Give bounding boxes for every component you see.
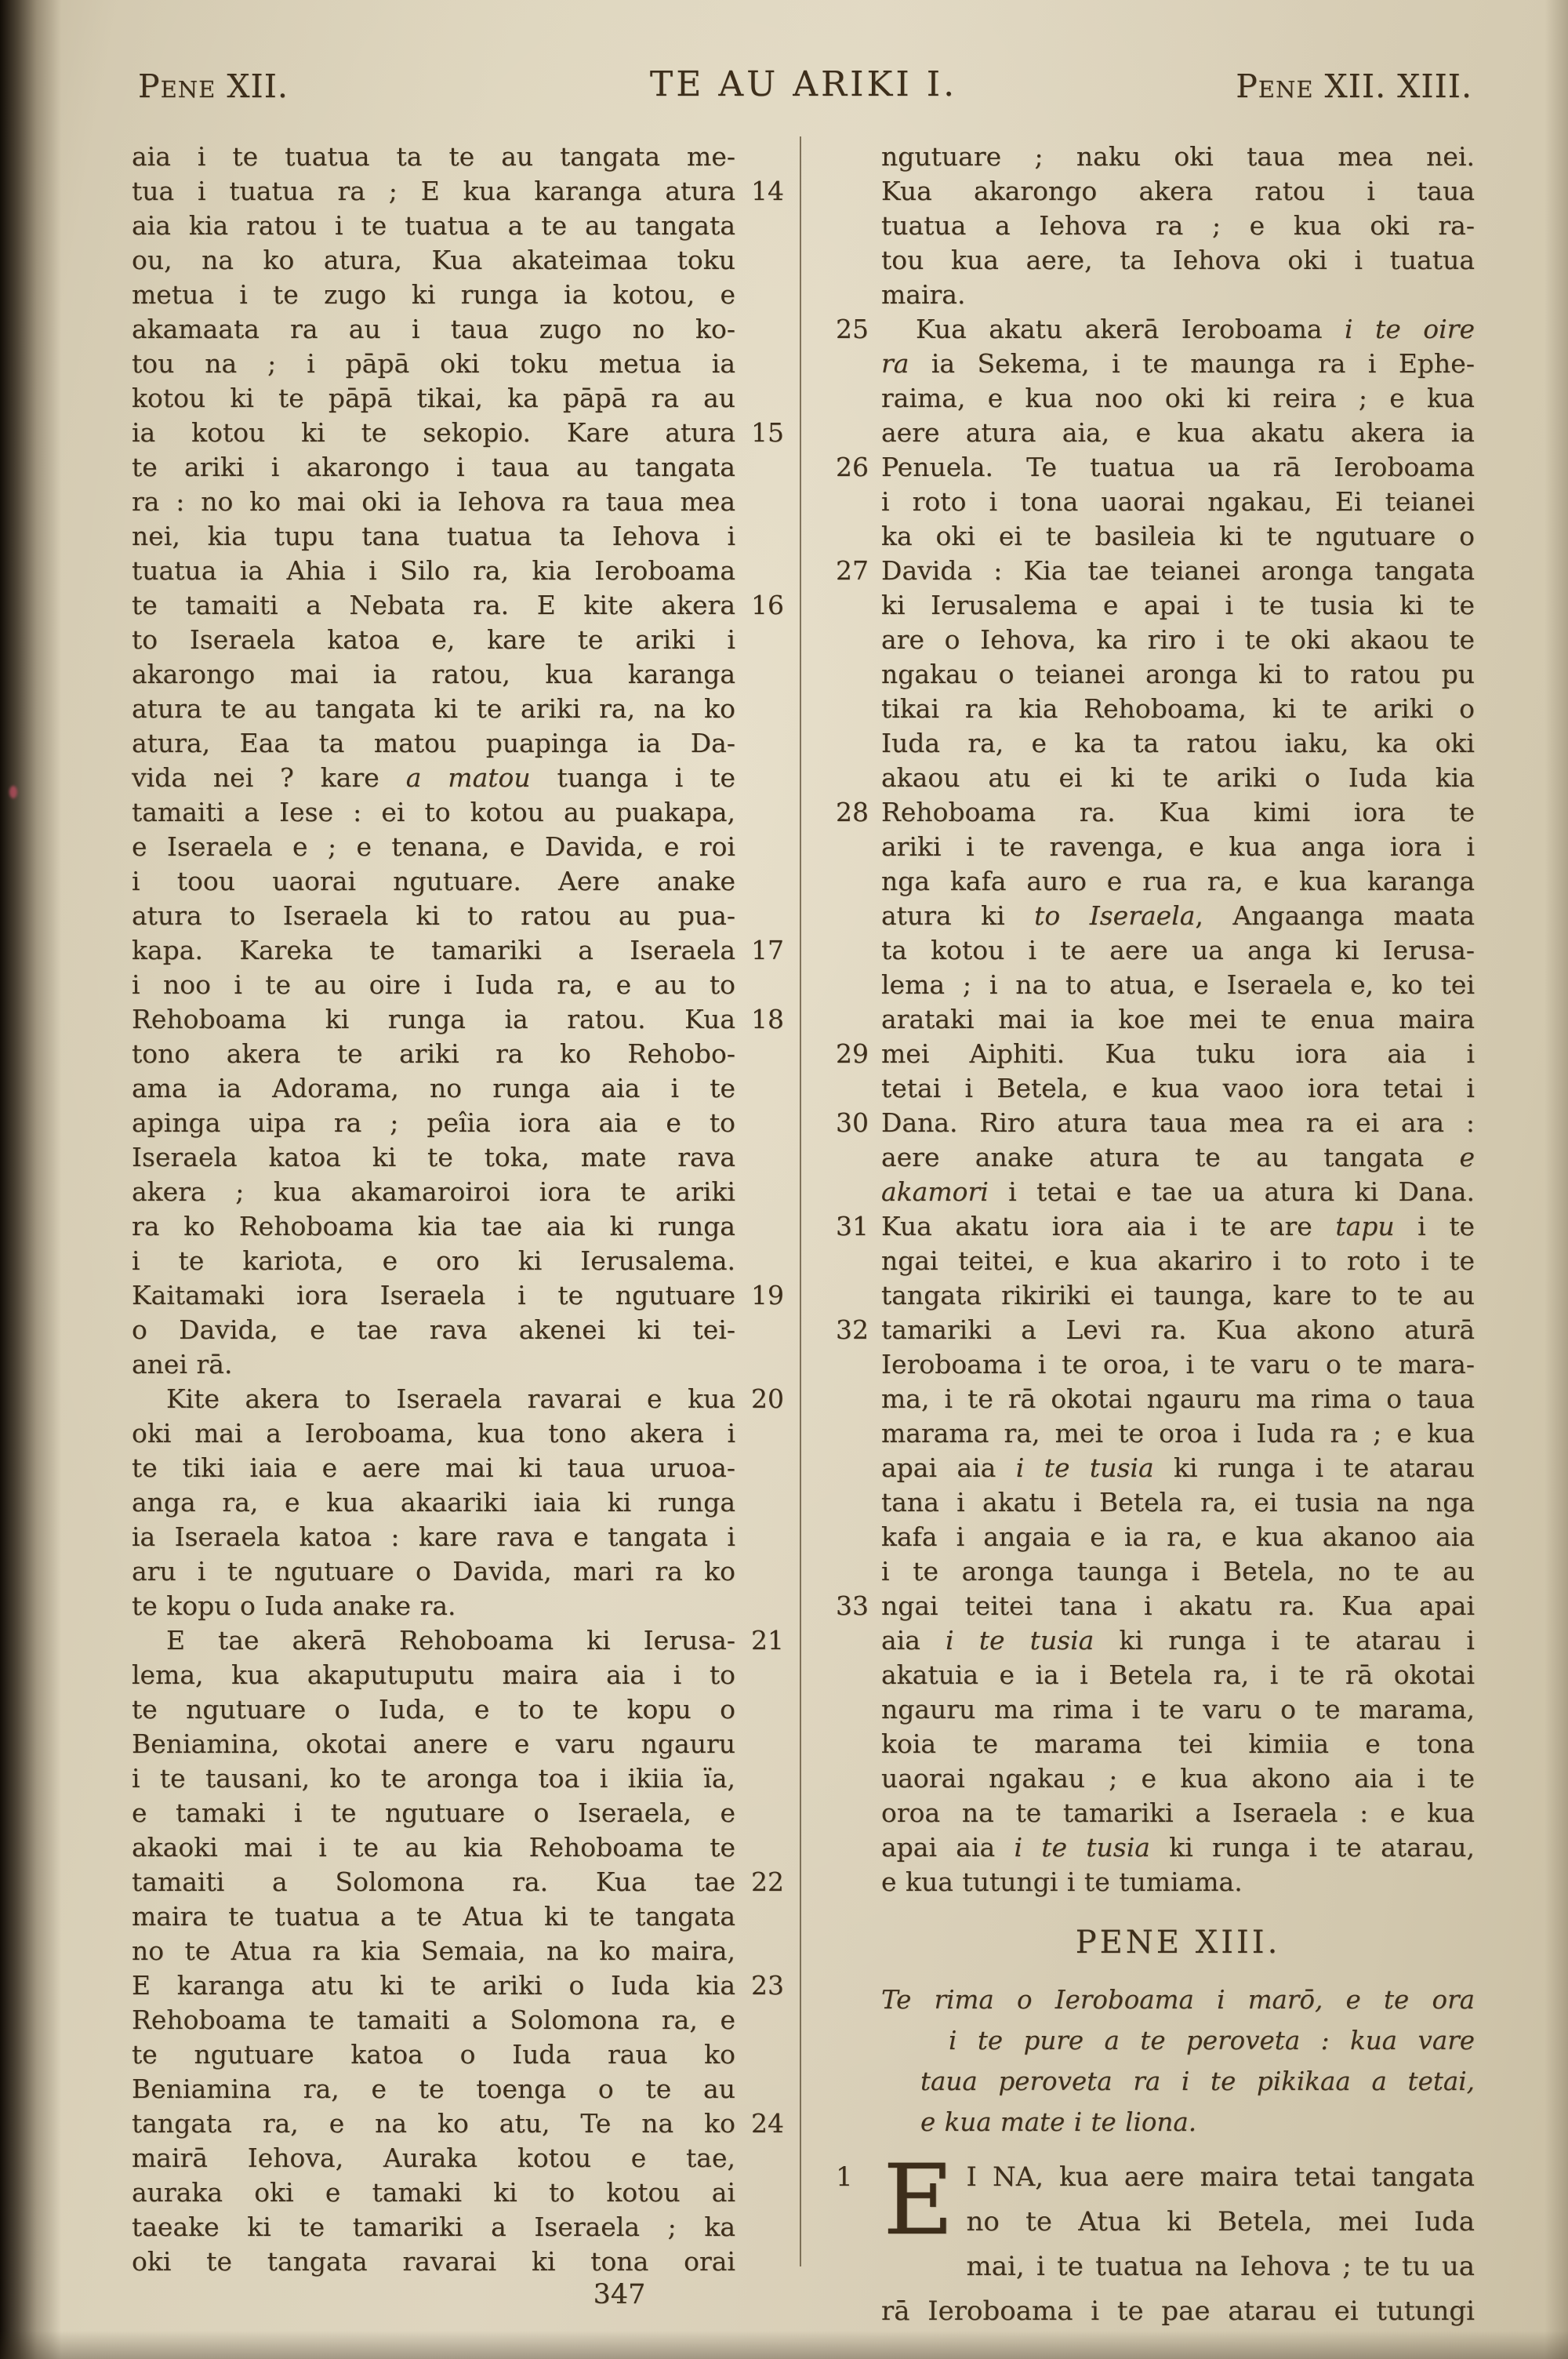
line-text: aia kia ratou i te tuatua a te au tangat… <box>132 210 735 241</box>
text-line: E karanga atu ki te ariki o Iuda kia23 <box>132 1968 735 2003</box>
line-text: auraka oki e tamaki ki to kotou ai <box>132 2177 735 2208</box>
text-line: akamori i tetai e tae ua atura ki Dana. <box>881 1175 1475 1209</box>
line-text: tamaiti a Solomona ra. Kua tae <box>132 1866 735 1897</box>
verse-number: 32 <box>836 1313 869 1347</box>
text-line: no te Atua ra kia Semaia, na ko maira, <box>132 1934 735 1968</box>
text-line: vida nei ? kare a matou tuanga i te <box>132 761 735 795</box>
line-text: akaou atu ei ki te ariki o Iuda kia <box>881 762 1475 793</box>
line-text: ra ia Sekema, i te maunga ra i Ephe- <box>881 348 1475 379</box>
line-text: te ariki i akarongo i taua au tangata <box>132 452 735 482</box>
text-line: tetai i Betela, e kua vaoo iora tetai i <box>881 1071 1475 1106</box>
line-text: atura, Eaa ta matou puapinga ia Da- <box>132 728 735 758</box>
text-line: te ngutuare katoa o Iuda raua ko <box>132 2037 735 2072</box>
line-text: uaorai ngakau ; e kua akono aia i te <box>881 1763 1475 1794</box>
line-text: kapa. Kareka te tamariki a Iseraela <box>132 935 735 965</box>
line-text: i toou uaorai ngutuare. Aere anake <box>132 866 735 896</box>
text-line: aia i te tuatua ta te au tangata me- <box>132 140 735 174</box>
text-line: akera ; kua akamaroiroi iora te ariki <box>132 1175 735 1209</box>
text-line: aia i te tusia ki runga i te atarau i <box>881 1623 1475 1658</box>
line-text: ia Iseraela katoa : kare rava e tangata … <box>132 1521 735 1552</box>
text-line: apai aia i te tusia ki runga i te atarau <box>881 1451 1475 1485</box>
text-line: Rehoboama ki runga ia ratou. Kua18 <box>132 1002 735 1037</box>
text-line: Beniamina, okotai anere e varu ngauru <box>132 1727 735 1761</box>
line-text: Penuela. Te tuatua ua rā Ieroboama <box>881 452 1475 482</box>
line-text: lema, kua akaputuputu maira aia i to <box>132 1659 735 1690</box>
text-line: Iseraela katoa ki te toka, mate rava <box>132 1140 735 1175</box>
line-text: aia i te tusia ki runga i te atarau i <box>881 1625 1475 1656</box>
line-text: e Iseraela e ; e tenana, e Davida, e roi <box>132 831 735 862</box>
text-line: apinga uipa ra ; peîia iora aia e to <box>132 1106 735 1140</box>
line-text: no te Atua ra kia Semaia, na ko maira, <box>132 1936 735 1966</box>
text-line: arataki mai ia koe mei te enua maira <box>881 1002 1475 1037</box>
line-text: ngauru ma rima i te varu o te marama, <box>881 1694 1475 1725</box>
line-text: taua peroveta ra i te pikikaa a tetai, <box>920 2066 1475 2096</box>
text-line: raima, e kua noo oki ki reira ; e kua <box>881 381 1475 416</box>
line-text: tikai ra kia Rehoboama, ki te ariki o <box>881 693 1475 724</box>
text-line: te kopu o Iuda anake ra. <box>132 1589 735 1623</box>
text-line: ia kotou ki te sekopio. Kare atura15 <box>132 416 735 450</box>
line-text: nga kafa auro e rua ra, e kua karanga <box>881 866 1475 896</box>
line-text: aru i te ngutuare o Davida, mari ra ko <box>132 1556 735 1587</box>
text-line: ra : no ko mai oki ia Iehova ra taua mea <box>132 485 735 519</box>
text-line: maira te tuatua a te Atua ki te tangata <box>132 1899 735 1934</box>
line-text: E karanga atu ki te ariki o Iuda kia <box>132 1970 735 2001</box>
line-text: i te pure a te peroveta : kua vare <box>949 2026 1475 2055</box>
line-text: maira. <box>881 279 965 310</box>
verse-number: 31 <box>836 1209 869 1244</box>
text-line: ka oki ei te basileia ki te ngutuare o <box>881 519 1475 554</box>
text-line: Ieroboama i te oroa, i te varu o te mara… <box>881 1347 1475 1382</box>
text-line: lema, kua akaputuputu maira aia i to <box>132 1658 735 1692</box>
right-column-lines: ngutuare ; naku oki taua mea nei.Kua aka… <box>881 140 1475 1899</box>
line-text: atura to Iseraela ki to ratou au pua- <box>132 900 735 931</box>
line-text: aia i te tuatua ta te au tangata me- <box>132 141 735 172</box>
line-text: e kua mate i te liona. <box>920 2107 1196 2137</box>
text-line: maira. <box>881 278 1475 312</box>
text-line: kafa i angaia e ia ra, e kua akanoo aia <box>881 1520 1475 1554</box>
page-edge-red-mark <box>9 786 17 798</box>
line-text: akamaata ra au i taua zugo no ko- <box>132 314 735 344</box>
text-line: e Iseraela e ; e tenana, e Davida, e roi <box>132 830 735 864</box>
text-line: tamariki a Levi ra. Kua akono aturā32 <box>881 1313 1475 1347</box>
text-line: tana i akatu i Betela ra, ei tusia na ng… <box>881 1485 1475 1520</box>
line-text: raima, e kua noo oki ki reira ; e kua <box>881 383 1475 413</box>
line-text: are o Iehova, ka riro i te oki akaou te <box>881 624 1475 655</box>
verse-number: 20 <box>751 1382 784 1416</box>
text-line: tou na ; i pāpā oki toku metua ia <box>132 347 735 381</box>
line-text: ngakau o teianei aronga ki to ratou pu <box>881 659 1475 689</box>
line-text: i te kariota, e oro ki Ierusalema. <box>132 1245 735 1276</box>
text-line: i toou uaorai ngutuare. Aere anake <box>132 864 735 899</box>
text-line: tua i tuatua ra ; E kua karanga atura14 <box>132 174 735 209</box>
text-line: ra ia Sekema, i te maunga ra i Ephe- <box>881 347 1475 381</box>
text-line: ngai teitei tana i akatu ra. Kua apai33 <box>881 1589 1475 1623</box>
line-text: Te rima o Ieroboama i marō, e te ora <box>881 1985 1475 2015</box>
line-text: oki mai a Ieroboama, kua tono akera i <box>132 1418 735 1448</box>
line-text: ngutuare ; naku oki taua mea nei. <box>881 141 1475 172</box>
running-head-right: Pene XII. XIII. <box>1236 67 1472 105</box>
text-line: ngai teitei, e kua akariro i to roto i t… <box>881 1244 1475 1278</box>
text-line: Iuda ra, e ka ta ratou iaku, ka oki <box>881 726 1475 761</box>
text-line: E tae akerā Rehoboama ki Ierusa-21 <box>132 1623 735 1658</box>
line-text: e kua tutungi i te tumiama. <box>881 1866 1243 1897</box>
line-text: tuatua ia Ahia i Silo ra, kia Ieroboama <box>132 555 735 586</box>
line-text: ra : no ko mai oki ia Iehova ra taua mea <box>132 486 735 517</box>
line-text: apinga uipa ra ; peîia iora aia e to <box>132 1107 735 1138</box>
line-text: tua i tuatua ra ; E kua karanga atura <box>132 176 735 206</box>
text-line: nei, kia tupu tana tuatua ta Iehova i <box>132 519 735 554</box>
line-text: mai, i te tuatua na Iehova ; te tu ua <box>967 2251 1475 2282</box>
text-line: rā Ieroboama i te pae atarau ei tutungi <box>881 2289 1475 2334</box>
line-text: te tamaiti a Nebata ra. E kite akera <box>132 590 735 620</box>
line-text: tangata rikiriki ei taunga, kare to te a… <box>881 1280 1475 1310</box>
line-text: Beniamina, okotai anere e varu ngauru <box>132 1728 735 1759</box>
text-line: atura to Iseraela ki to ratou au pua- <box>132 899 735 933</box>
line-text: tou na ; i pāpā oki toku metua ia <box>132 348 735 379</box>
text-line: tono akera te ariki ra ko Rehobo- <box>132 1037 735 1071</box>
text-line: Kua akatu akerā Ieroboama i te oire25 <box>881 312 1475 347</box>
text-line: e tamaki i te ngutuare o Iseraela, e <box>132 1796 735 1830</box>
text-line: tangata rikiriki ei taunga, kare to te a… <box>881 1278 1475 1313</box>
verse-number: 30 <box>836 1106 869 1140</box>
line-text: akamori i tetai e tae ua atura ki Dana. <box>881 1176 1475 1207</box>
line-text: tana i akatu i Betela ra, ei tusia na ng… <box>881 1487 1475 1518</box>
line-text: ou, na ko atura, Kua akateimaa toku <box>132 245 735 275</box>
line-text: marama ra, mei te oroa i Iuda ra ; e kua <box>881 1418 1475 1448</box>
line-text: i te aronga taunga i Betela, no te au <box>881 1556 1475 1587</box>
line-text: ariki i te ravenga, e kua anga iora i <box>881 831 1475 862</box>
line-text: akarongo mai ia ratou, kua karanga <box>132 659 735 689</box>
line-text: i roto i tona uaorai ngakau, Ei teianei <box>881 486 1475 517</box>
text-line: Davida : Kia tae teianei aronga tangata2… <box>881 554 1475 588</box>
text-line: taua peroveta ra i te pikikaa a tetai, <box>920 2061 1475 2102</box>
text-line: oki te tangata ravarai ki tona orai <box>132 2245 735 2279</box>
line-text: apai aia i te tusia ki runga i te atarau… <box>881 1832 1475 1863</box>
text-line: atura te au tangata ki te ariki ra, na k… <box>132 692 735 726</box>
line-text: apai aia i te tusia ki runga i te atarau <box>881 1452 1475 1483</box>
line-text: te tiki iaia e aere mai ki taua uruoa- <box>132 1452 735 1483</box>
text-line: tou kua aere, ta Iehova oki i tuatua <box>881 243 1475 278</box>
line-text: Kua akatu iora aia i te are tapu i te <box>881 1211 1475 1241</box>
text-line: e kua mate i te liona. <box>920 2102 1475 2143</box>
line-text: Ieroboama i te oroa, i te varu o te mara… <box>881 1349 1475 1379</box>
text-line: mei Aiphiti. Kua tuku iora aia i29 <box>881 1037 1475 1071</box>
text-line: are o Iehova, ka riro i te oki akaou te <box>881 623 1475 657</box>
text-line: koia te marama tei kimiia e tona <box>881 1727 1475 1761</box>
text-line: e kua tutungi i te tumiama. <box>881 1865 1475 1899</box>
line-text: Iseraela katoa ki te toka, mate rava <box>132 1142 735 1172</box>
text-line: marama ra, mei te oroa i Iuda ra ; e kua <box>881 1416 1475 1451</box>
text-line: I NA, kua aere maira tetai tangata <box>881 2155 1475 2200</box>
text-line: te tamaiti a Nebata ra. E kite akera16 <box>132 588 735 623</box>
column-divider-rule <box>800 136 801 2266</box>
line-text: I NA, kua aere maira tetai tangata <box>967 2161 1475 2193</box>
verse-number: 22 <box>751 1865 784 1899</box>
text-line: auraka oki e tamaki ki to kotou ai <box>132 2175 735 2210</box>
line-text: tuatua a Iehova ra ; e kua oki ra- <box>881 210 1475 241</box>
line-text: tamariki a Levi ra. Kua akono aturā <box>881 1314 1475 1345</box>
line-text: nei, kia tupu tana tuatua ta Iehova i <box>132 521 735 551</box>
line-text: Rehoboama te tamaiti a Solomona ra, e <box>132 2005 735 2035</box>
text-line: Rehoboama te tamaiti a Solomona ra, e <box>132 2003 735 2037</box>
verse-number: 27 <box>836 554 869 588</box>
text-line: tangata ra, e na ko atu, Te na ko24 <box>132 2106 735 2141</box>
line-text: Kua akatu akerā Ieroboama i te oire <box>916 314 1475 344</box>
text-line: aere atura aia, e kua akatu akera ia <box>881 416 1475 450</box>
text-line: kapa. Kareka te tamariki a Iseraela17 <box>132 933 735 968</box>
line-text: maira te tuatua a te Atua ki te tangata <box>132 1901 735 1932</box>
line-text: ngai teitei, e kua akariro i to roto i t… <box>881 1245 1475 1276</box>
text-line: Kua akatu iora aia i te are tapu i te31 <box>881 1209 1475 1244</box>
line-text: tangata ra, e na ko atu, Te na ko <box>132 2108 735 2139</box>
text-line: te ngutuare o Iuda, e to te kopu o <box>132 1692 735 1727</box>
line-text: te ngutuare katoa o Iuda raua ko <box>132 2039 735 2070</box>
line-text: Kite akera to Iseraela ravarai e kua <box>166 1383 735 1414</box>
text-line: te ariki i akarongo i taua au tangata <box>132 450 735 485</box>
text-line: mai, i te tuatua na Iehova ; te tu ua <box>881 2245 1475 2289</box>
line-text: aere atura aia, e kua akatu akera ia <box>881 417 1475 448</box>
line-text: ta kotou i te aere ua anga ki Ierusa- <box>881 935 1475 965</box>
line-text: Iuda ra, e ka ta ratou iaku, ka oki <box>881 728 1475 758</box>
page-bottom-shadow <box>0 2331 1568 2359</box>
text-line: oki mai a Ieroboama, kua tono akera i <box>132 1416 735 1451</box>
text-line: i te kariota, e oro ki Ierusalema. <box>132 1244 735 1278</box>
text-line: akaoki mai i te au kia Rehoboama te <box>132 1830 735 1865</box>
text-line: akarongo mai ia ratou, kua karanga <box>132 657 735 692</box>
line-text: metua i te zugo ki runga ia kotou, e <box>132 279 735 310</box>
line-text: tou kua aere, ta Iehova oki i tuatua <box>881 245 1475 275</box>
line-text: Kua akarongo akera ratou i taua <box>881 176 1475 206</box>
line-text: i noo i te au oire i Iuda ra, e au to <box>132 969 735 1000</box>
line-text: anei rā. <box>132 1349 232 1379</box>
text-line: Dana. Riro atura taua mea ra ei ara :30 <box>881 1106 1475 1140</box>
verse-number: 18 <box>751 1002 784 1037</box>
line-text: e tamaki i te ngutuare o Iseraela, e <box>132 1797 735 1828</box>
line-text: taeake ki te tamariki a Iseraela ; ka <box>132 2212 735 2242</box>
line-text: no te Atua ki Betela, mei Iuda <box>967 2206 1475 2237</box>
verse-number: 23 <box>751 1968 784 2003</box>
text-line: tamaiti a Solomona ra. Kua tae22 <box>132 1865 735 1899</box>
text-line: ngutuare ; naku oki taua mea nei. <box>881 140 1475 174</box>
text-line: ou, na ko atura, Kua akateimaa toku <box>132 243 735 278</box>
verse-number: 26 <box>836 450 869 485</box>
text-line: atura, Eaa ta matou puapinga ia Da- <box>132 726 735 761</box>
book-gutter-shadow <box>0 0 61 2359</box>
text-line: aru i te ngutuare o Davida, mari ra ko <box>132 1554 735 1589</box>
text-line: ngauru ma rima i te varu o te marama, <box>881 1692 1475 1727</box>
line-text: oroa na te tamariki a Iseraela : e kua <box>881 1797 1475 1828</box>
text-line: tamaiti a Iese : ei to kotou au puakapa, <box>132 795 735 830</box>
line-text: te ngutuare o Iuda, e to te kopu o <box>132 1694 735 1725</box>
text-line: i te aronga taunga i Betela, no te au <box>881 1554 1475 1589</box>
line-text: kafa i angaia e ia ra, e kua akanoo aia <box>881 1521 1475 1552</box>
text-line: Penuela. Te tuatua ua rā Ieroboama26 <box>881 450 1475 485</box>
text-line: akatuia e ia i Betela ra, i te rā okotai <box>881 1658 1475 1692</box>
line-text: oki te tangata ravarai ki tona orai <box>132 2246 735 2277</box>
line-text: ia kotou ki te sekopio. Kare atura <box>132 417 735 448</box>
verse-number: 19 <box>751 1278 784 1313</box>
text-line: ngakau o teianei aronga ki to ratou pu <box>881 657 1475 692</box>
verse-number: 15 <box>751 416 784 450</box>
line-text: mairā Iehova, Auraka kotou e tae, <box>132 2143 735 2173</box>
line-text: i te tausani, ko te aronga toa i ikiia ï… <box>132 1763 735 1794</box>
text-line: mairā Iehova, Auraka kotou e tae, <box>132 2141 735 2175</box>
page-number: 347 <box>549 2279 690 2310</box>
line-text: E tae akerā Rehoboama ki Ierusa- <box>166 1625 735 1656</box>
line-text: atura ki to Iseraela, Angaanga maata <box>881 900 1475 931</box>
text-line: anei rā. <box>132 1347 735 1382</box>
text-line: atura ki to Iseraela, Angaanga maata <box>881 899 1475 933</box>
text-line: oroa na te tamariki a Iseraela : e kua <box>881 1796 1475 1830</box>
line-text: ka oki ei te basileia ki te ngutuare o <box>881 521 1475 551</box>
line-text: koia te marama tei kimiia e tona <box>881 1728 1475 1759</box>
text-line: aere anake atura te au tangata e <box>881 1140 1475 1175</box>
line-text: akera ; kua akamaroiroi iora te ariki <box>132 1176 735 1207</box>
chapter-heading: PENE XIII. <box>881 1921 1475 1964</box>
verse-number: 28 <box>836 795 869 830</box>
line-text: mei Aiphiti. Kua tuku iora aia i <box>881 1038 1475 1069</box>
left-column-lines: aia i te tuatua ta te au tangata me-tua … <box>132 140 735 2279</box>
line-text: vida nei ? kare a matou tuanga i te <box>132 762 735 793</box>
line-text: te kopu o Iuda anake ra. <box>132 1590 456 1621</box>
verse1-paragraph: 1 E I NA, kua aere maira tetai tangatano… <box>881 2155 1475 2334</box>
line-text: arataki mai ia koe mei te enua maira <box>881 1004 1475 1034</box>
text-line: o Davida, e tae rava akenei ki tei- <box>132 1313 735 1347</box>
line-text: tono akera te ariki ra ko Rehobo- <box>132 1038 735 1069</box>
line-text: Davida : Kia tae teianei aronga tangata <box>881 555 1475 586</box>
text-line: ta kotou i te aere ua anga ki Ierusa- <box>881 933 1475 968</box>
running-head-title: TE AU ARIKI I. <box>650 64 957 104</box>
verse-number: 1 <box>836 2161 853 2193</box>
text-line: no te Atua ki Betela, mei Iuda <box>881 2200 1475 2245</box>
line-text: Rehoboama ra. Kua kimi iora te <box>881 797 1475 827</box>
text-line: Kaitamaki iora Iseraela i te ngutuare19 <box>132 1278 735 1313</box>
text-line: uaorai ngakau ; e kua akono aia i te <box>881 1761 1475 1796</box>
line-text: akaoki mai i te au kia Rehoboama te <box>132 1832 735 1863</box>
line-text: tamaiti a Iese : ei to kotou au puakapa, <box>132 797 735 827</box>
text-line: kotou ki te pāpā tikai, ka pāpā ra au <box>132 381 735 416</box>
text-line: anga ra, e kua akaariki iaia ki runga <box>132 1485 735 1520</box>
verse-number: 14 <box>751 174 784 209</box>
verse-number: 16 <box>751 588 784 623</box>
text-line: tuatua a Iehova ra ; e kua oki ra- <box>881 209 1475 243</box>
text-line: tuatua ia Ahia i Silo ra, kia Ieroboama <box>132 554 735 588</box>
text-line: akamaata ra au i taua zugo no ko- <box>132 312 735 347</box>
text-line: aia kia ratou i te tuatua a te au tangat… <box>132 209 735 243</box>
verse-number: 24 <box>751 2106 784 2141</box>
text-line: lema ; i na to atua, e Iseraela e, ko te… <box>881 968 1475 1002</box>
line-text: o Davida, e tae rava akenei ki tei- <box>132 1314 735 1345</box>
text-line: apai aia i te tusia ki runga i te atarau… <box>881 1830 1475 1865</box>
text-line: te tiki iaia e aere mai ki taua uruoa- <box>132 1451 735 1485</box>
text-line: ariki i te ravenga, e kua anga iora i <box>881 830 1475 864</box>
text-line: nga kafa auro e rua ra, e kua karanga <box>881 864 1475 899</box>
left-column: aia i te tuatua ta te au tangata me-tua … <box>132 140 735 2279</box>
line-text: aere anake atura te au tangata e <box>881 1142 1475 1172</box>
text-line: taeake ki te tamariki a Iseraela ; ka <box>132 2210 735 2245</box>
verse-number: 17 <box>751 933 784 968</box>
text-line: ama ia Adorama, no runga aia i te <box>132 1071 735 1106</box>
page-edge-shadow <box>1544 0 1568 2359</box>
line-text: ngai teitei tana i akatu ra. Kua apai <box>881 1590 1475 1621</box>
verse-number: 33 <box>836 1589 869 1623</box>
text-line: tikai ra kia Rehoboama, ki te ariki o <box>881 692 1475 726</box>
text-line: Kua akarongo akera ratou i taua <box>881 174 1475 209</box>
text-line: i roto i tona uaorai ngakau, Ei teianei <box>881 485 1475 519</box>
right-column: ngutuare ; naku oki taua mea nei.Kua aka… <box>881 140 1475 2334</box>
running-head-left: Pene XII. <box>138 67 289 105</box>
line-text: ama ia Adorama, no runga aia i te <box>132 1073 735 1103</box>
text-line: Kite akera to Iseraela ravarai e kua20 <box>132 1382 735 1416</box>
verse-number: 21 <box>751 1623 784 1658</box>
line-text: Rehoboama ki runga ia ratou. Kua <box>132 1004 735 1034</box>
text-line: Beniamina ra, e te toenga o te au <box>132 2072 735 2106</box>
line-text: rā Ieroboama i te pae atarau ei tutungi <box>881 2295 1475 2327</box>
line-text: lema ; i na to atua, e Iseraela e, ko te… <box>881 969 1475 1000</box>
text-line: to Iseraela katoa e, kare te ariki i <box>132 623 735 657</box>
line-text: Beniamina ra, e te toenga o te au <box>132 2074 735 2104</box>
text-line: i te pure a te peroveta : kua vare <box>949 2020 1475 2061</box>
text-line: Rehoboama ra. Kua kimi iora te28 <box>881 795 1475 830</box>
text-line: ra ko Rehoboama kia tae aia ki runga <box>132 1209 735 1244</box>
text-line: i noo i te au oire i Iuda ra, e au to <box>132 968 735 1002</box>
chapter-summary: Te rima o Ieroboama i marō, e te orai te… <box>881 1979 1475 2143</box>
text-line: Te rima o Ieroboama i marō, e te ora <box>881 1979 1475 2020</box>
text-line: ki Ierusalema e apai i te tusia ki te <box>881 588 1475 623</box>
text-line: metua i te zugo ki runga ia kotou, e <box>132 278 735 312</box>
line-text: ma, i te rā okotai ngauru ma rima o taua <box>881 1383 1475 1414</box>
line-text: atura te au tangata ki te ariki ra, na k… <box>132 693 735 724</box>
line-text: kotou ki te pāpā tikai, ka pāpā ra au <box>132 383 735 413</box>
line-text: tetai i Betela, e kua vaoo iora tetai i <box>881 1073 1475 1103</box>
verse-number: 25 <box>836 312 869 347</box>
line-text: ra ko Rehoboama kia tae aia ki runga <box>132 1211 735 1241</box>
line-text: to Iseraela katoa e, kare te ariki i <box>132 624 735 655</box>
text-line: i te tausani, ko te aronga toa i ikiia ï… <box>132 1761 735 1796</box>
line-text: ki Ierusalema e apai i te tusia ki te <box>881 590 1475 620</box>
line-text: Dana. Riro atura taua mea ra ei ara : <box>881 1107 1475 1138</box>
line-text: anga ra, e kua akaariki iaia ki runga <box>132 1487 735 1518</box>
line-text: Kaitamaki iora Iseraela i te ngutuare <box>132 1280 735 1310</box>
text-line: ia Iseraela katoa : kare rava e tangata … <box>132 1520 735 1554</box>
text-line: ma, i te rā okotai ngauru ma rima o taua <box>881 1382 1475 1416</box>
text-line: akaou atu ei ki te ariki o Iuda kia <box>881 761 1475 795</box>
verse-number: 29 <box>836 1037 869 1071</box>
line-text: akatuia e ia i Betela ra, i te rā okotai <box>881 1659 1475 1690</box>
